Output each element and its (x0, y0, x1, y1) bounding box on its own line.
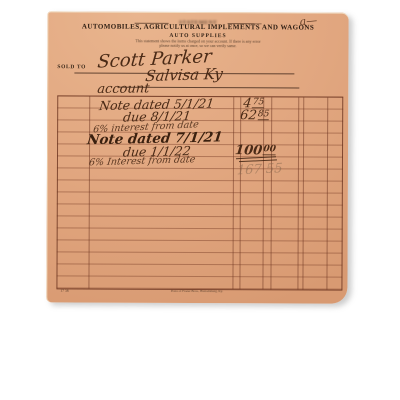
corner-annotation: a— (299, 14, 318, 29)
printer-credit: Press of Frazer Bros., Harrodsburg, Ky. (114, 290, 280, 294)
column-rule (88, 97, 90, 289)
column-rule (232, 97, 234, 289)
sold-to-place: Salvisa Ky (144, 65, 223, 85)
billhead-document: STATEMENT AUTOMOBILES, AGRICULTURAL IMPL… (46, 11, 348, 303)
amount-cents: 75 (252, 97, 265, 108)
amount-cents: 85 (257, 109, 270, 120)
ledger-amount: 6285 (239, 108, 270, 123)
sold-to-label: SOLD TO (57, 63, 86, 69)
column-rule (262, 97, 264, 289)
column-rule (270, 97, 272, 289)
column-rule (302, 97, 304, 289)
column-rule (326, 98, 328, 290)
form-number: 17 38 (60, 289, 68, 293)
column-rule (297, 97, 299, 289)
column-rule (239, 97, 241, 289)
amount-dollars: 62 (239, 108, 257, 123)
pencil-total: 167 55 (237, 161, 283, 178)
amount-cents: 00 (263, 144, 277, 155)
amount-dollars: 100 (234, 143, 263, 158)
